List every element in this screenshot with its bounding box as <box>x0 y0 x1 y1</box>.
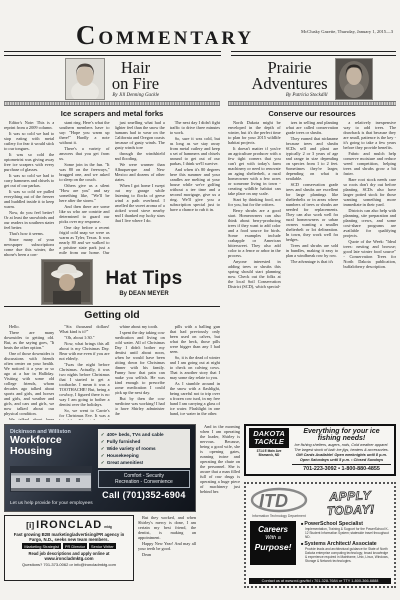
feature-label: Fully furnished <box>107 439 141 444</box>
itd-mid-row: Careers With a Purpose! ■PowerSchool Spe… <box>250 521 390 565</box>
body-paragraph: Berry shrubs are a good start. Homeowner… <box>228 208 281 258</box>
ironclad-logo-icon: [i] <box>26 520 34 530</box>
body-paragraph: But they worked, and when Shirley's merc… <box>138 515 196 540</box>
check-icon: ✓ <box>101 432 105 437</box>
bottom-left-stack: Dickinson and Williston Workforce Housin… <box>4 424 196 600</box>
hair-on-fire-header: Hair on Fire By Jill Denning Gackle <box>4 58 220 100</box>
body-paragraph: Dean <box>138 552 196 557</box>
title-line2: on Fire <box>112 74 159 93</box>
body-paragraph: There are many downsides to getting old.… <box>4 330 54 350</box>
ironclad-apply-line: Read job descriptions and apply online a… <box>9 551 129 562</box>
careers-line: With a <box>252 535 294 541</box>
ironclad-url: www.ironcladmktg.com <box>44 556 93 561</box>
body-paragraph: pills with a balling gun that had previo… <box>170 324 220 354</box>
body-paragraph: just smelling what had a lighter feel th… <box>115 120 165 150</box>
feature-item: ✓Wide variety of rooms <box>101 445 187 452</box>
byline-jill: By Jill Denning Gackle <box>112 93 159 98</box>
body-paragraph: Quote of the Week: "Ideal trees: nesting… <box>343 239 396 269</box>
subhead-getting-old: Getting old <box>4 309 220 321</box>
brand-line: TACKLE <box>250 438 288 446</box>
text-column: whine about my tooth.I spent the day tak… <box>115 324 165 420</box>
dakota-tackle-ad: DAKOTA TACKLE 3714 E Main Ave Bismarck, … <box>244 424 396 476</box>
body-paragraph: whine about my tooth. <box>115 324 165 329</box>
position-tag: Marketing Strategist <box>22 543 61 549</box>
prairie-adventures-header: Prairie Adventures By Patricia Stockdill <box>228 58 396 100</box>
dakota-info: Gift Cards Available! Open weeknights un… <box>292 453 391 463</box>
rule-segment-left <box>4 51 221 56</box>
body-paragraph: Some join in the fun. "It was 80 on the … <box>59 162 109 182</box>
text-column: a relatively inexpensive way to add tree… <box>343 120 396 416</box>
feature-label: 400+ beds, TVs and cable <box>107 432 164 437</box>
check-icon: ✓ <box>101 460 105 465</box>
check-icon: ✓ <box>101 453 105 458</box>
body-paragraph: Anyone interested in adding trees or shr… <box>228 259 281 289</box>
info-line: Open Saturdays until 5 p.m. • Closed Sun… <box>292 458 391 463</box>
check-icon: ✓ <box>101 446 105 451</box>
ironclad-brand: IRONCLAD <box>36 519 102 531</box>
itd-headline: APPLY TODAY! <box>311 488 391 519</box>
body-paragraph: Trees and shrubs are sold in bundles, ma… <box>286 243 339 258</box>
feature-item: ✓Great amenities! <box>101 459 187 466</box>
text-column: just smelling what had a lighter feel th… <box>115 120 165 256</box>
body-paragraph: And when it's 80 degrees here this summe… <box>170 167 220 212</box>
address-line: Bismarck, ND <box>249 453 289 457</box>
body-paragraph: When I got home I swept out my garage wh… <box>115 183 165 223</box>
body-paragraph: 'Twas the night before Christmas. Actual… <box>59 362 109 407</box>
body-paragraph: That's how it seems. <box>4 231 54 236</box>
feature-item: ✓400+ beds, TVs and cable <box>101 431 187 438</box>
body-paragraph: I spent the day taking cow medication an… <box>115 330 165 395</box>
getting-old-columns: Hello.There are many downsides to gettin… <box>4 324 220 420</box>
ironclad-ad: [i] IRONCLAD mktg Fast growing B2B marke… <box>4 515 134 581</box>
careers-line: Purpose! <box>252 542 294 552</box>
body-paragraph: So, sure it was cold, but as long as we … <box>170 136 220 166</box>
title-line2: Adventures <box>251 74 327 93</box>
body-paragraph: The advantage is that it's <box>286 259 339 264</box>
columnist-photo-dean <box>41 259 93 305</box>
body-paragraph: And in the morning when I am operating t… <box>200 424 240 494</box>
masthead-rule <box>4 51 396 56</box>
housing-photo-illustration <box>10 466 92 492</box>
portrait-patricia-illustration <box>336 59 372 99</box>
body-paragraph: And then there are some like us who are … <box>59 204 109 224</box>
workforce-title: Workforce Housing <box>10 435 93 456</box>
position-tag: Senior Writer <box>89 543 116 549</box>
body-paragraph: One day before a recent frigid cold snap… <box>59 225 109 256</box>
hair-on-fire-titleblock: Hair on Fire By Jill Denning Gackle <box>112 60 159 97</box>
body-paragraph: But by then the cow medicine was working… <box>115 396 165 416</box>
check-icon: ✓ <box>101 439 105 444</box>
values-line: Recreation - Convenience <box>99 479 189 485</box>
text-column: North Dakota might be enveloped in the d… <box>228 120 281 416</box>
body-paragraph: Others give us a silent "How are you" an… <box>59 183 109 203</box>
body-paragraph: Districts can also help with planning, s… <box>343 208 396 238</box>
hat-tips-titleblock: Hat Tips By DEAN MEYER <box>105 268 182 297</box>
body-paragraph: Bare root stock needs care so roots don'… <box>343 177 396 207</box>
columnist-photo-jill <box>65 58 105 100</box>
body-paragraph: Hello. <box>4 324 54 329</box>
body-paragraph: SCD conservation grade trees and shrubs … <box>286 182 339 242</box>
workforce-right: ✓400+ beds, TVs and cable ✓Fully furnish… <box>98 429 190 507</box>
bottom-left-row: [i] IRONCLAD mktg Fast growing B2B marke… <box>4 515 196 600</box>
horizontal-rule <box>4 306 220 307</box>
ironclad-brand-sub: mktg <box>104 525 112 529</box>
portrait-dean-illustration <box>42 260 92 304</box>
body-paragraph: There's a variety of answers that you ge… <box>59 146 109 161</box>
left-article-region: Hair on Fire By Jill Denning Gackle Ice … <box>4 58 220 420</box>
ice-scrapers-columns: Editor's Note: This is a reprint from a … <box>4 120 220 256</box>
article-regions: Hair on Fire By Jill Denning Gackle Ice … <box>4 58 396 420</box>
text-column: Editor's Note: This is a reprint from a … <box>4 120 54 256</box>
columnist-photo-patricia <box>335 58 373 100</box>
prairie-adventures-titleblock: Prairie Adventures By Patricia Stockdill <box>251 60 327 97</box>
dakota-tackle-logo: DAKOTA TACKLE <box>249 428 289 448</box>
body-paragraph: stant ring. Here's what the southern mem… <box>59 120 109 145</box>
feature-item: ✓Housekeeping <box>101 452 187 459</box>
right-article-region: Prairie Adventures By Patricia Stockdill <box>228 58 396 420</box>
masthead: Commentary <box>4 22 396 49</box>
hat-tips-header: Hat Tips By DEAN MEYER <box>4 259 220 305</box>
careers-line: Careers <box>252 525 294 534</box>
position-tag: PR Director <box>63 543 87 549</box>
body-paragraph: Fabric and mulch help conserve moisture … <box>343 151 396 176</box>
body-paragraph: North Dakota might be enveloped in the d… <box>228 120 281 145</box>
bottom-band: Dickinson and Williston Workforce Housin… <box>4 424 396 600</box>
body-paragraph: Since many of your newspaper subscriptio… <box>4 237 54 256</box>
itd-contact-bar: Contact us at www.nd.gov/itd • 701-328-7… <box>249 578 391 584</box>
body-paragraph: Editor's Note: This is a reprint from a … <box>4 120 54 130</box>
body-paragraph: Now, do you feel better? Or at least the… <box>4 210 54 230</box>
workforce-feature-list: ✓400+ beds, TVs and cable ✓Fully furnish… <box>98 429 190 468</box>
bottom-right-stack: DAKOTA TACKLE 3714 E Main Ave Bismarck, … <box>244 424 396 600</box>
hat-tips-continuation-mid: And in the morning when I am operating t… <box>200 424 240 600</box>
article-title: Hair on Fire <box>112 60 159 91</box>
body-paragraph: It was so cold we had to stop eating wit… <box>4 131 54 151</box>
itd-top-row: ITD Information Technology Department AP… <box>250 487 390 519</box>
body-paragraph: So, it is the dead of winter and I am go… <box>170 355 220 380</box>
body-paragraph: izes in selling and planting what are ca… <box>286 120 339 135</box>
text-column: pills with a balling gun that had previo… <box>170 324 220 420</box>
ironclad-brandrow: [i] IRONCLAD mktg <box>9 519 129 531</box>
conserve-columns: North Dakota might be enveloped in the d… <box>228 120 396 416</box>
hat-tips-title: Hat Tips <box>105 268 182 290</box>
workforce-housing-ad: Dickinson and Williston Workforce Housin… <box>4 424 196 512</box>
body-paragraph: Start by thinking food, not for you, but… <box>228 197 281 207</box>
dakota-address: 3714 E Main Ave Bismarck, ND <box>249 449 289 457</box>
feature-item: ✓Fully furnished <box>101 438 187 445</box>
feature-label: Wide variety of rooms <box>107 446 156 451</box>
body-paragraph: It was so cold the optometrist was givin… <box>4 152 54 172</box>
portrait-jill-illustration <box>66 59 104 99</box>
body-paragraph: It was so cold we had to carry hammers a… <box>4 173 54 188</box>
ironclad-contact: Questions? 701-373-0062 or info@ironclad… <box>9 562 129 567</box>
body-paragraph: So, we went to Carrie's for Christmas Ev… <box>59 408 109 420</box>
rule-segment-right <box>231 51 396 56</box>
workforce-values-box: Comfort - Security Recreation - Convenie… <box>98 470 190 488</box>
text-column: The next day I didn't fight traffic to d… <box>170 120 220 256</box>
dakota-left: DAKOTA TACKLE 3714 E Main Ave Bismarck, … <box>249 428 289 472</box>
body-paragraph: They earned that nickname because trees … <box>286 136 339 181</box>
itd-logo-caption: Information Technology Department <box>252 514 306 518</box>
dakota-right: Everything for your ice fishing needs! I… <box>292 428 391 472</box>
dateline: McClusky Gazette, Thursday, January 1, 2… <box>301 29 393 34</box>
body-paragraph: Happy New Year! And may all your teeth b… <box>138 541 196 551</box>
body-paragraph: We talked about knee surgeries and hip r… <box>4 417 54 420</box>
itd-logo-text: ITD <box>259 491 288 511</box>
job-detail: Provide leads and architectural guidance… <box>305 547 390 563</box>
workforce-heading: Dickinson and Williston Workforce Housin… <box>10 429 93 456</box>
subhead-ice-scrapers: Ice scrapers and metal forks <box>4 109 220 118</box>
text-column: stant ring. Here's what the southern mem… <box>59 120 109 256</box>
feature-label: Housekeeping <box>107 453 139 458</box>
feature-label: Great amenities! <box>107 460 144 465</box>
careers-box: Careers With a Purpose! <box>250 521 296 565</box>
body-paragraph: "Six thousand dollars! What kind is it?" <box>59 324 109 334</box>
body-paragraph: through the windshield and flooding. <box>115 151 165 161</box>
decorative-rule <box>228 101 396 106</box>
body-paragraph: "Oh, about 1:30." <box>59 335 109 340</box>
workforce-tagline: Let us help provide for your employees <box>10 501 93 507</box>
itd-job-list: ■PowerSchool Specialist Implementation, … <box>301 521 390 565</box>
dakota-headline: Everything for your ice fishing needs! <box>292 428 391 442</box>
ironclad-pitch: Fast growing B2B marketing/advertising/P… <box>9 532 129 542</box>
workforce-phone: Call (701)352-6904 <box>98 490 190 500</box>
text-column: Hello.There are many downsides to gettin… <box>4 324 54 420</box>
text-column: izes in selling and planting what are ca… <box>286 120 339 416</box>
text-column: "Six thousand dollars! What kind is it?"… <box>59 324 109 420</box>
hat-tips-continuation-tail: But they worked, and when Shirley's merc… <box>138 515 196 600</box>
article-title: Prairie Adventures <box>251 60 327 91</box>
body-paragraph: As I stumble around in the snow with a f… <box>170 381 220 416</box>
body-paragraph: One of those downsides is discussions wi… <box>4 351 54 416</box>
newspaper-page: McClusky Gazette, Thursday, January 1, 2… <box>0 0 400 600</box>
byline-dean: By DEAN MEYER <box>105 291 182 297</box>
body-paragraph: It was so cold we pulled everything out … <box>4 189 54 209</box>
workforce-left: Dickinson and Williston Workforce Housin… <box>10 429 93 507</box>
body-paragraph: The next day I didn't fight traffic to d… <box>170 120 220 135</box>
subhead-conserve: Conserve our resources <box>228 109 396 118</box>
body-paragraph: It doesn't matter if you're an agricultu… <box>228 146 281 196</box>
byline-patricia: By Patricia Stockdill <box>251 93 327 98</box>
body-paragraph: We were warmer than Albuquerque and New … <box>115 162 165 182</box>
body-paragraph: Now, what brings this all about is my Ch… <box>59 341 109 361</box>
section-title: Commentary <box>4 22 326 49</box>
decorative-rule <box>4 101 220 106</box>
job-detail: Implementation, Training & Support for t… <box>305 527 390 539</box>
itd-ad: ITD Information Technology Department AP… <box>244 482 396 588</box>
ironclad-positions: Marketing Strategist PR Director Senior … <box>9 543 129 549</box>
body-paragraph: a relatively inexpensive way to add tree… <box>343 120 396 150</box>
dakota-body: Ice fishing shelters, augers, rods, Cold… <box>292 443 391 452</box>
dakota-phone: 701-223-3092 • 1-800-880-4855 <box>292 464 391 472</box>
itd-logo: ITD Information Technology Department <box>250 487 308 519</box>
